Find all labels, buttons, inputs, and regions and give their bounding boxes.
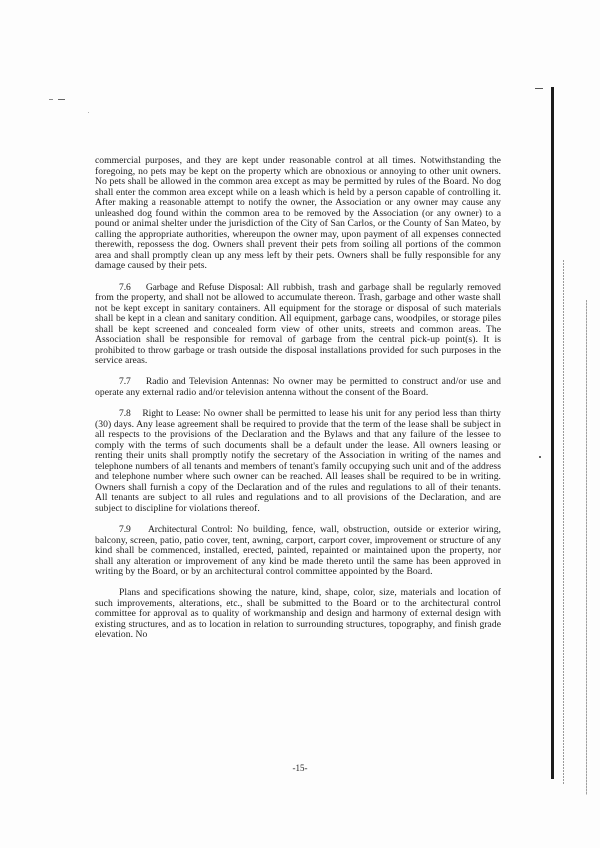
section-7-9: 7.9 Architectural Control: No building, … — [95, 525, 501, 578]
section-heading: Right to Lease: — [142, 408, 200, 419]
scanned-page-edge-line — [586, 300, 587, 795]
section-number: 7.9 — [119, 524, 131, 535]
section-heading: Radio and Television Antennas: — [146, 376, 269, 387]
document-body: commercial purposes, and they are kept u… — [95, 156, 501, 651]
paragraph-text: commercial purposes, and they are kept u… — [95, 155, 501, 271]
section-text: All rubbish, trash and garbage shall be … — [95, 282, 501, 367]
section-7-8: 7.8 Right to Lease: No owner shall be pe… — [95, 409, 501, 514]
scan-artifact-dash — [58, 99, 65, 100]
scan-artifact-speck — [88, 112, 89, 113]
scan-artifact-dash — [49, 99, 53, 100]
section-heading: Garbage and Refuse Disposal: — [146, 282, 264, 293]
scanned-page-edge-line — [563, 260, 564, 785]
section-heading: Architectural Control: — [148, 524, 233, 535]
paragraph-text: Plans and specifications showing the nat… — [95, 587, 501, 640]
section-number: 7.8 — [119, 408, 131, 419]
section-text: No owner shall be permitted to lease his… — [95, 408, 501, 514]
scan-artifact-speck — [539, 456, 541, 458]
section-number: 7.7 — [119, 376, 131, 387]
scan-artifact-tick — [535, 88, 543, 89]
paragraph-plans-and-specifications: Plans and specifications showing the nat… — [95, 588, 501, 641]
paragraph-pets-continued: commercial purposes, and they are kept u… — [95, 156, 501, 272]
section-7-7: 7.7 Radio and Television Antennas: No ow… — [95, 377, 501, 398]
page-number: -15- — [0, 763, 600, 773]
section-7-6: 7.6 Garbage and Refuse Disposal: All rub… — [95, 283, 501, 367]
section-number: 7.6 — [119, 282, 131, 293]
scanned-page-edge — [551, 87, 554, 779]
document-page: commercial purposes, and they are kept u… — [0, 0, 600, 848]
